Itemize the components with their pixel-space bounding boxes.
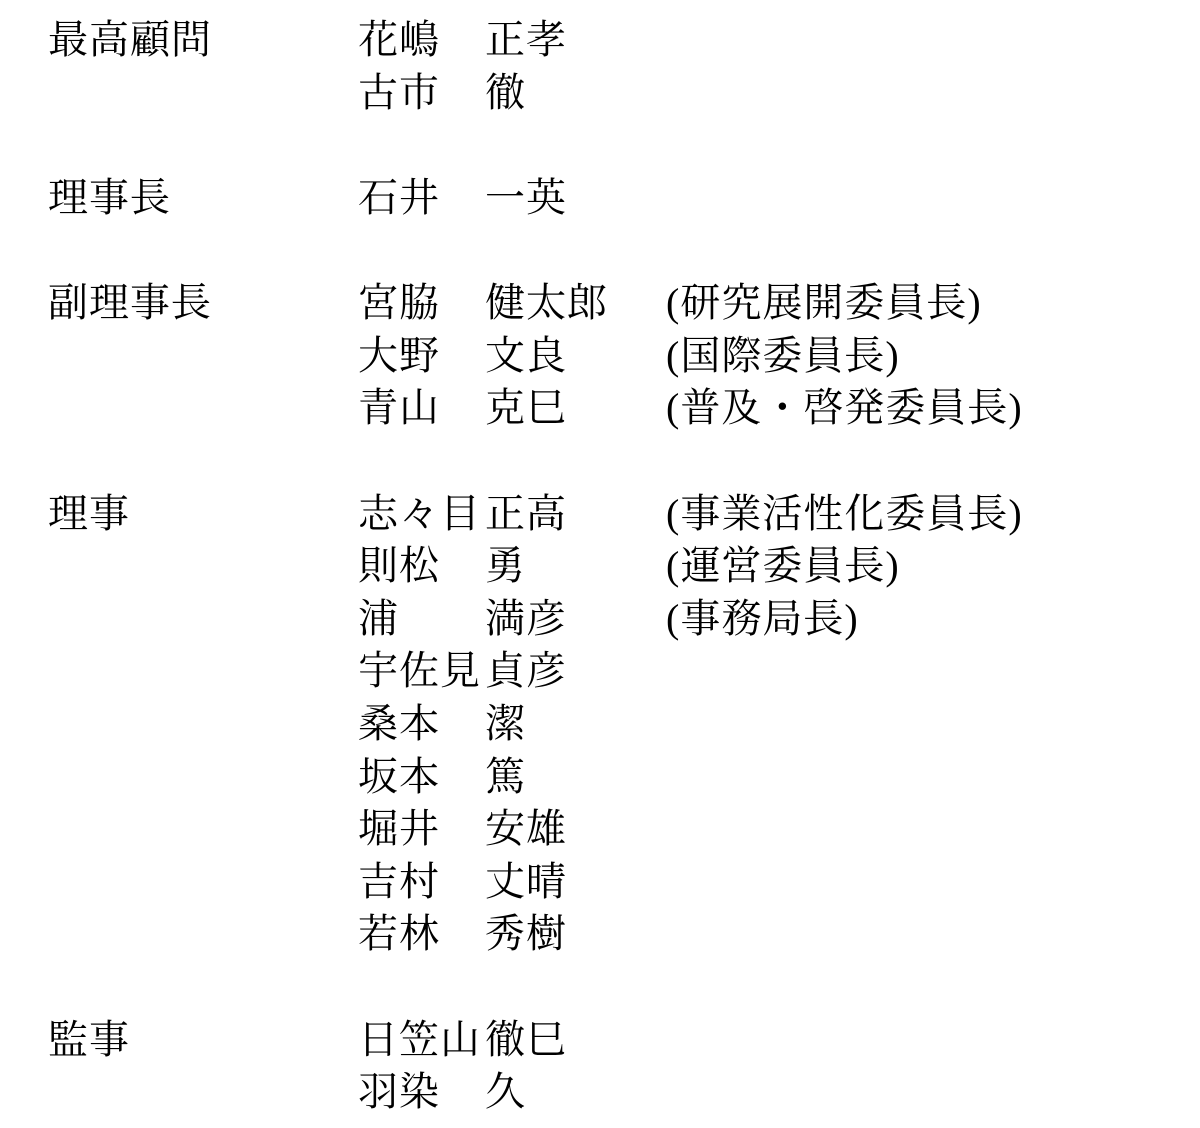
officer-first-name: 健太郎 bbox=[485, 283, 666, 323]
officer-row: 古市 徹 bbox=[48, 67, 1200, 120]
officer-first-name: 克巳 bbox=[485, 388, 666, 428]
officer-last-name: 浦 bbox=[358, 599, 485, 639]
officer-first-name: 正孝 bbox=[485, 20, 666, 60]
officer-row: 副理事長 宮脇 健太郎 (研究展開委員長) bbox=[48, 277, 1200, 330]
officer-last-name: 坂本 bbox=[358, 757, 485, 797]
officer-row: 青山 克巳 (普及・啓発委員長) bbox=[48, 382, 1200, 435]
section-gap bbox=[48, 224, 1200, 277]
officer-row: 理事 志々目 正高 (事業活性化委員長) bbox=[48, 487, 1200, 540]
officer-row: 坂本 篤 bbox=[48, 750, 1200, 803]
officer-first-name: 貞彦 bbox=[485, 651, 666, 691]
officer-row: 最高顧問 花嶋 正孝 bbox=[48, 14, 1200, 67]
officer-last-name: 日笠山 bbox=[358, 1020, 485, 1060]
officer-committee-role: (普及・啓発委員長) bbox=[666, 388, 1200, 428]
officer-last-name: 宮脇 bbox=[358, 283, 485, 323]
officer-first-name: 徹巳 bbox=[485, 1020, 666, 1060]
officer-first-name: 一英 bbox=[485, 178, 666, 218]
officer-first-name: 丈晴 bbox=[485, 862, 666, 902]
officer-row: 堀井 安雄 bbox=[48, 803, 1200, 856]
officer-last-name: 羽染 bbox=[358, 1072, 485, 1112]
officer-first-name: 徹 bbox=[485, 73, 666, 113]
officer-last-name: 古市 bbox=[358, 73, 485, 113]
role-title: 理事 bbox=[48, 494, 358, 534]
officer-first-name: 秀樹 bbox=[485, 914, 666, 954]
officer-row: 理事長 石井 一英 bbox=[48, 172, 1200, 225]
officer-first-name: 満彦 bbox=[485, 599, 666, 639]
officer-row: 浦 満彦 (事務局長) bbox=[48, 593, 1200, 646]
officer-last-name: 若林 bbox=[358, 914, 485, 954]
officer-row: 桑本 潔 bbox=[48, 698, 1200, 751]
officer-last-name: 吉村 bbox=[358, 862, 485, 902]
officer-first-name: 勇 bbox=[485, 546, 666, 586]
officer-last-name: 大野 bbox=[358, 336, 485, 376]
officer-row: 監事 日笠山 徹巳 bbox=[48, 1013, 1200, 1066]
officer-last-name: 堀井 bbox=[358, 809, 485, 849]
officer-row: 大野 文良 (国際委員長) bbox=[48, 330, 1200, 383]
section-gap bbox=[48, 961, 1200, 1014]
officer-first-name: 篤 bbox=[485, 757, 666, 797]
officer-last-name: 宇佐見 bbox=[358, 651, 485, 691]
officer-last-name: 石井 bbox=[358, 178, 485, 218]
officer-last-name: 花嶋 bbox=[358, 20, 485, 60]
officer-last-name: 青山 bbox=[358, 388, 485, 428]
officer-last-name: 則松 bbox=[358, 546, 485, 586]
officer-last-name: 桑本 bbox=[358, 704, 485, 744]
officer-committee-role: (国際委員長) bbox=[666, 336, 1200, 376]
officer-committee-role: (事業活性化委員長) bbox=[666, 494, 1200, 534]
officer-committee-role: (研究展開委員長) bbox=[666, 283, 1200, 323]
officer-first-name: 安雄 bbox=[485, 809, 666, 849]
section-gap bbox=[48, 119, 1200, 172]
officer-committee-role: (運営委員長) bbox=[666, 546, 1200, 586]
officer-last-name: 志々目 bbox=[358, 494, 485, 534]
officer-list-page: 最高顧問 花嶋 正孝 古市 徹 理事長 石井 一英 副理事長 宮脇 健太郎 (研… bbox=[0, 0, 1200, 1128]
officer-row: 吉村 丈晴 bbox=[48, 856, 1200, 909]
officer-row: 宇佐見 貞彦 bbox=[48, 645, 1200, 698]
officer-row: 則松 勇 (運営委員長) bbox=[48, 540, 1200, 593]
officer-first-name: 久 bbox=[485, 1072, 666, 1112]
section-gap bbox=[48, 435, 1200, 488]
officer-first-name: 正高 bbox=[485, 494, 666, 534]
officer-committee-role: (事務局長) bbox=[666, 599, 1200, 639]
officer-first-name: 文良 bbox=[485, 336, 666, 376]
role-title: 監事 bbox=[48, 1020, 358, 1060]
role-title: 理事長 bbox=[48, 178, 358, 218]
officer-first-name: 潔 bbox=[485, 704, 666, 744]
officer-row: 若林 秀樹 bbox=[48, 908, 1200, 961]
role-title: 最高顧問 bbox=[48, 20, 358, 60]
role-title: 副理事長 bbox=[48, 283, 358, 323]
officer-row: 羽染 久 bbox=[48, 1066, 1200, 1119]
